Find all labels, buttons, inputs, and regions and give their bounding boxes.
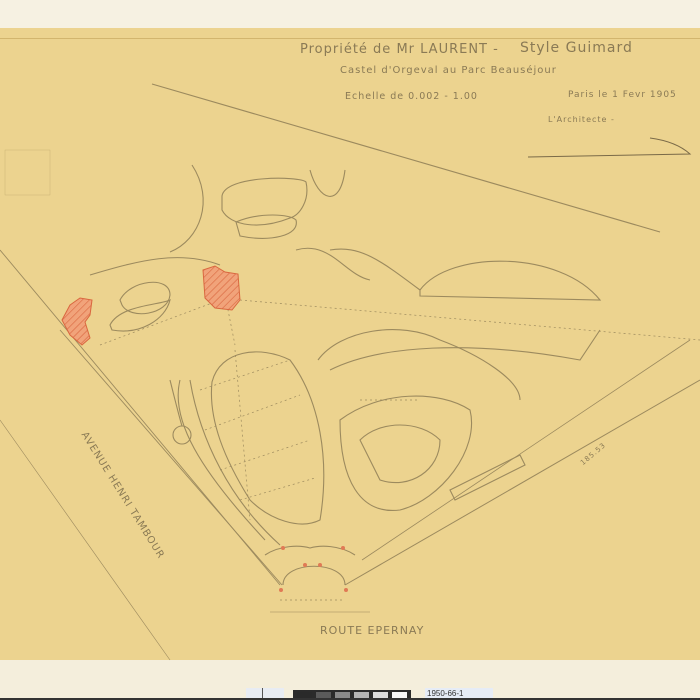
main-house-building	[203, 266, 240, 310]
scale-label: Echelle de 0.002 - 1.00	[345, 91, 478, 102]
signature-underline	[528, 138, 690, 157]
route-label: ROUTE EPERNAY	[320, 624, 424, 637]
style-label: Style Guimard	[520, 40, 633, 56]
site-plan-drawing	[0, 0, 700, 700]
owner-title: Propriété de Mr LAURENT -	[300, 42, 499, 57]
subtitle: Castel d'Orgeval au Parc Beauséjour	[340, 65, 557, 76]
place-date: Paris le 1 Fevr 1905	[568, 90, 677, 100]
property-boundary-top	[152, 84, 660, 232]
architect-label: L'Architecte -	[548, 115, 615, 124]
